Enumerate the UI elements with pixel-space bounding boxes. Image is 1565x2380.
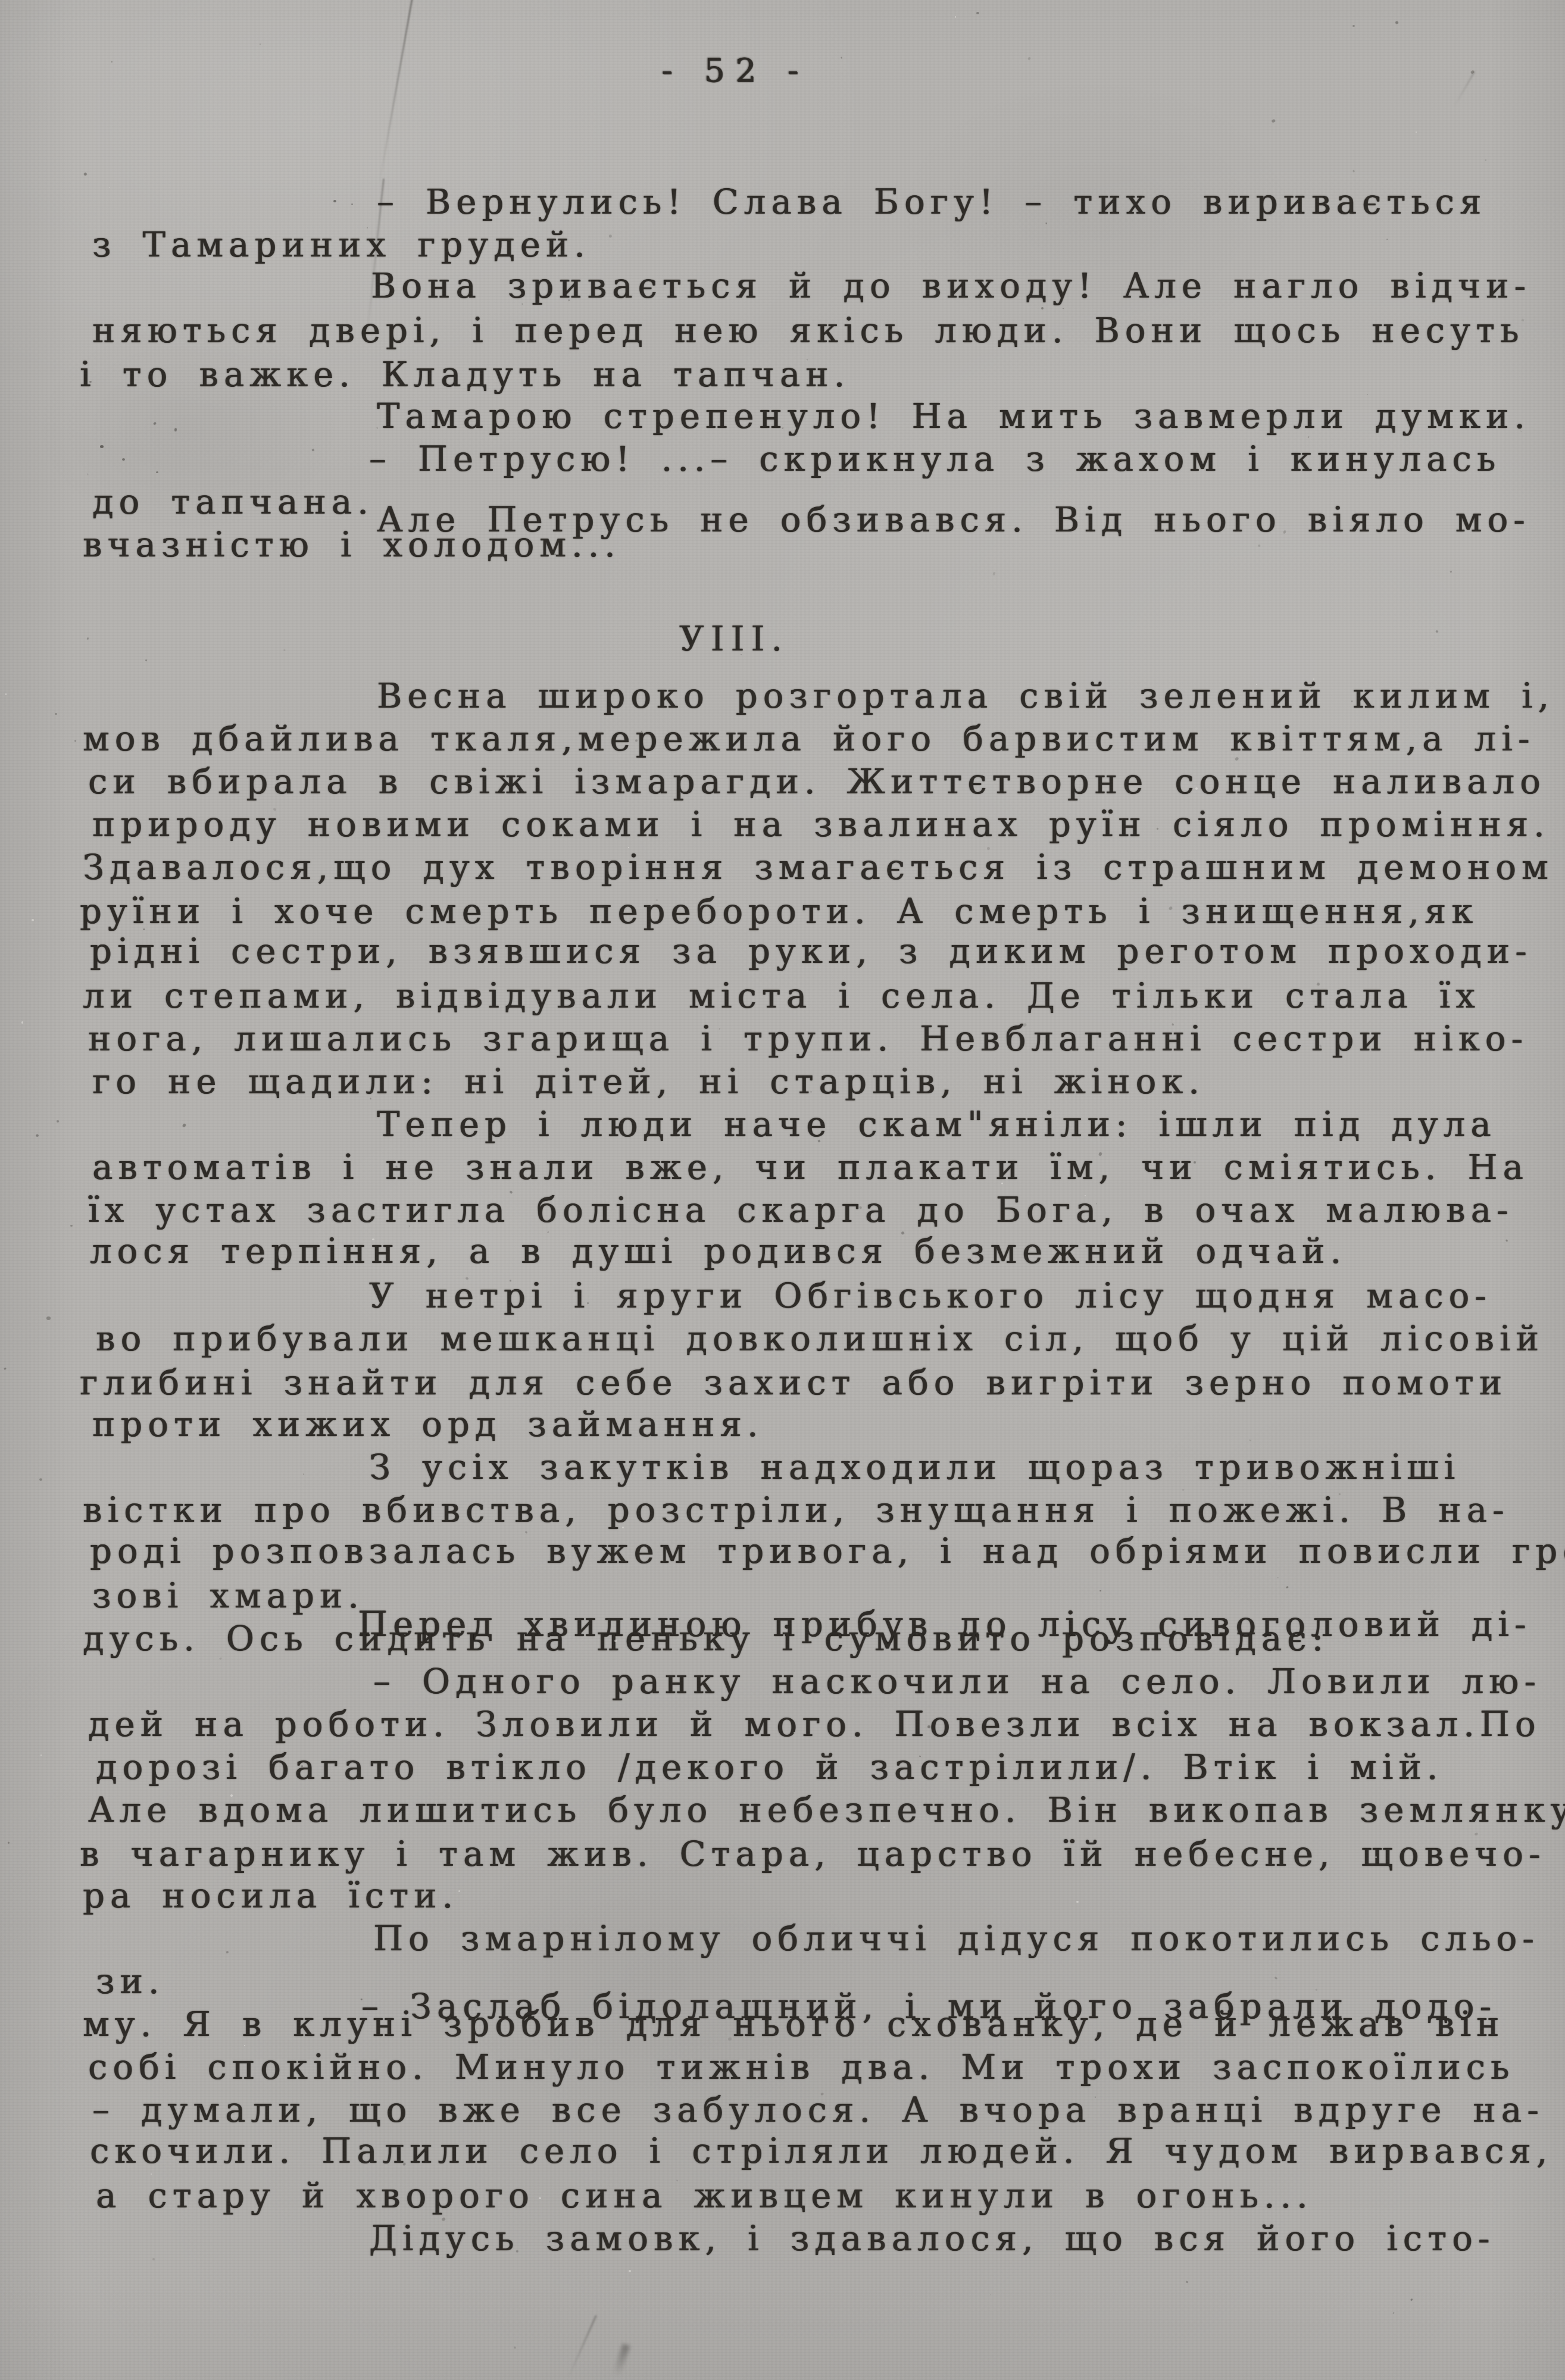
text-line: собі спокійно. Минуло тижнів два. Ми тро… xyxy=(88,2046,1475,2089)
text-line: Весна широко розгортала свій зелений кил… xyxy=(96,675,1483,718)
text-line-pair: зи.– Заслаб бідолашний, і ми його забрал… xyxy=(96,1960,1483,2003)
paper-speck xyxy=(955,16,957,18)
text-line: руїни і хоче смерть перебороти. А смерть… xyxy=(80,890,1467,933)
paper-speck xyxy=(83,172,88,176)
text-line: скочили. Палили село і стріляли людей. Я… xyxy=(90,2130,1477,2173)
paper-speck xyxy=(40,1754,42,1756)
text-line: з Тамариних грудей. xyxy=(92,224,1479,267)
paper-speck xyxy=(32,919,34,921)
text-line-pair: зові хмари.Перед хвилиною прибув до лісу… xyxy=(92,1575,1479,1618)
text-line: мов дбайлива ткаля,мережила його барвист… xyxy=(83,718,1470,761)
text-line: ли степами, відвідували міста і села. Де… xyxy=(83,975,1470,1018)
document-page: - 52 - – Вернулись! Слава Богу! – тихо в… xyxy=(0,0,1565,2380)
paper-speck xyxy=(976,12,979,14)
text-line: проти хижих орд займання. xyxy=(92,1403,1479,1446)
paper-speck xyxy=(1416,132,1417,133)
section-heading: УІІІ. xyxy=(40,618,1427,661)
paper-speck xyxy=(260,43,261,45)
paper-speck xyxy=(39,1478,42,1481)
paper-speck xyxy=(57,1120,60,1123)
text-line-left: до тапчана. xyxy=(92,481,374,524)
text-line: во прибували мешканці довколишніх сіл, щ… xyxy=(96,1318,1483,1361)
text-line: лося терпіння, а в душі родився безмежни… xyxy=(90,1230,1477,1273)
paper-speck xyxy=(1505,1239,1508,1242)
paper-crease xyxy=(379,0,414,185)
paper-speck xyxy=(1395,20,1399,24)
text-line: му. Я в клуні зробив для нього схованку,… xyxy=(83,2003,1470,2046)
text-line: си вбирала в свіжі ізмарагди. Життєтворн… xyxy=(88,761,1475,803)
page-number: - 52 - xyxy=(0,51,1470,89)
text-line: автоматів і не знали вже, чи плакати їм,… xyxy=(92,1146,1479,1189)
paper-speck xyxy=(46,1316,51,1320)
text-line: глибині знайти для себе захист або вигрі… xyxy=(80,1362,1467,1405)
paper-speck xyxy=(21,1021,24,1024)
paper-speck xyxy=(513,2346,516,2349)
typewritten-text-block: – Вернулись! Слава Богу! – тихо вириваєт… xyxy=(88,181,1475,2260)
text-line: Тамарою стрепенуло! На мить завмерли дум… xyxy=(96,395,1483,438)
paper-speck xyxy=(1485,159,1486,161)
paper-speck xyxy=(36,1134,39,1137)
text-line: роді розповзалась вужем тривога, і над о… xyxy=(90,1530,1477,1573)
paper-speck xyxy=(990,2294,991,2295)
text-line: няються двері, і перед нею якісь люди. В… xyxy=(92,309,1479,352)
text-line: природу новими соками і на звалинах руїн… xyxy=(92,803,1479,846)
paper-speck xyxy=(629,2270,631,2272)
paper-speck xyxy=(5,693,7,695)
paper-speck xyxy=(1272,119,1276,123)
text-line: Тепер і люди наче скам"яніли: ішли під д… xyxy=(96,1103,1483,1146)
text-line-left: зові хмари. xyxy=(92,1575,364,1618)
text-line-left: зи. xyxy=(96,1960,164,2003)
text-line: а стару й хворого сина живцем кинули в о… xyxy=(96,2175,1483,2218)
paper-speck xyxy=(1352,25,1355,27)
text-line: Вона зривається й до виходу! Але нагло в… xyxy=(90,265,1477,308)
text-line-pair: до тапчана.Але Петрусь не обзивався. Від… xyxy=(92,481,1479,524)
text-line: вчазністю і холодом... xyxy=(83,524,1470,567)
paper-speck xyxy=(1470,70,1475,74)
text-line: Здавалося,що дух творіння змагається із … xyxy=(83,846,1470,889)
paper-speck xyxy=(74,740,76,742)
text-line: дорозі багато втікло /декого й застрілил… xyxy=(96,1746,1483,1789)
text-line: го не щадили: ні дітей, ні старців, ні ж… xyxy=(92,1061,1479,1103)
text-line: в чагарнику і там жив. Стара, царство їй… xyxy=(80,1833,1467,1876)
text-line: – думали, що вже все забулося. А вчора в… xyxy=(92,2089,1479,2132)
text-line: По змарнілому обличчі дідуся покотились … xyxy=(92,1918,1479,1960)
text-line: їх устах застигла болісна скарга до Бога… xyxy=(88,1189,1475,1232)
text-line: З усіх закутків надходили щораз тривожні… xyxy=(88,1446,1475,1489)
paper-speck xyxy=(7,1841,10,1844)
paper-speck xyxy=(1410,2298,1413,2301)
paper-speck xyxy=(70,1225,73,1227)
paper-speck xyxy=(4,1367,7,1370)
text-line: Дідусь замовк, і здавалося, що вся його … xyxy=(88,2218,1475,2260)
text-line: – Петрусю! ...– скрикнула з жахом і кину… xyxy=(88,438,1475,481)
text-line: рідні сестри, взявшися за руки, з диким … xyxy=(90,930,1477,973)
paper-speck xyxy=(55,713,57,715)
text-line: Але вдома лишитись було небезпечно. Він … xyxy=(88,1789,1475,1832)
paper-speck xyxy=(1059,2265,1060,2266)
text-line: дей на роботи. Зловили й мого. Повезли в… xyxy=(88,1703,1475,1746)
text-line: вістки про вбивства, розстріли, знущання… xyxy=(83,1489,1470,1532)
paper-speck xyxy=(1393,2312,1395,2314)
text-line: нога, лишались згарища і трупи. Невблага… xyxy=(88,1018,1475,1061)
paper-speck xyxy=(1352,170,1355,173)
text-line: – Вернулись! Слава Богу! – тихо вириваєт… xyxy=(96,181,1483,224)
text-line: і то важке. Кладуть на тапчан. xyxy=(80,354,1467,396)
paper-speck xyxy=(1185,2281,1188,2284)
text-line: – Одного ранку наскочили на село. Ловили… xyxy=(92,1660,1479,1703)
text-line: ра носила їсти. xyxy=(83,1875,1470,1918)
paper-crease xyxy=(567,2315,597,2378)
text-line: У нетрі і яруги Обгівського лісу щодня м… xyxy=(88,1275,1475,1318)
text-line: дусь. Ось сидить на пеньку і сумовито ро… xyxy=(83,1618,1470,1660)
paper-crease xyxy=(613,2344,630,2376)
